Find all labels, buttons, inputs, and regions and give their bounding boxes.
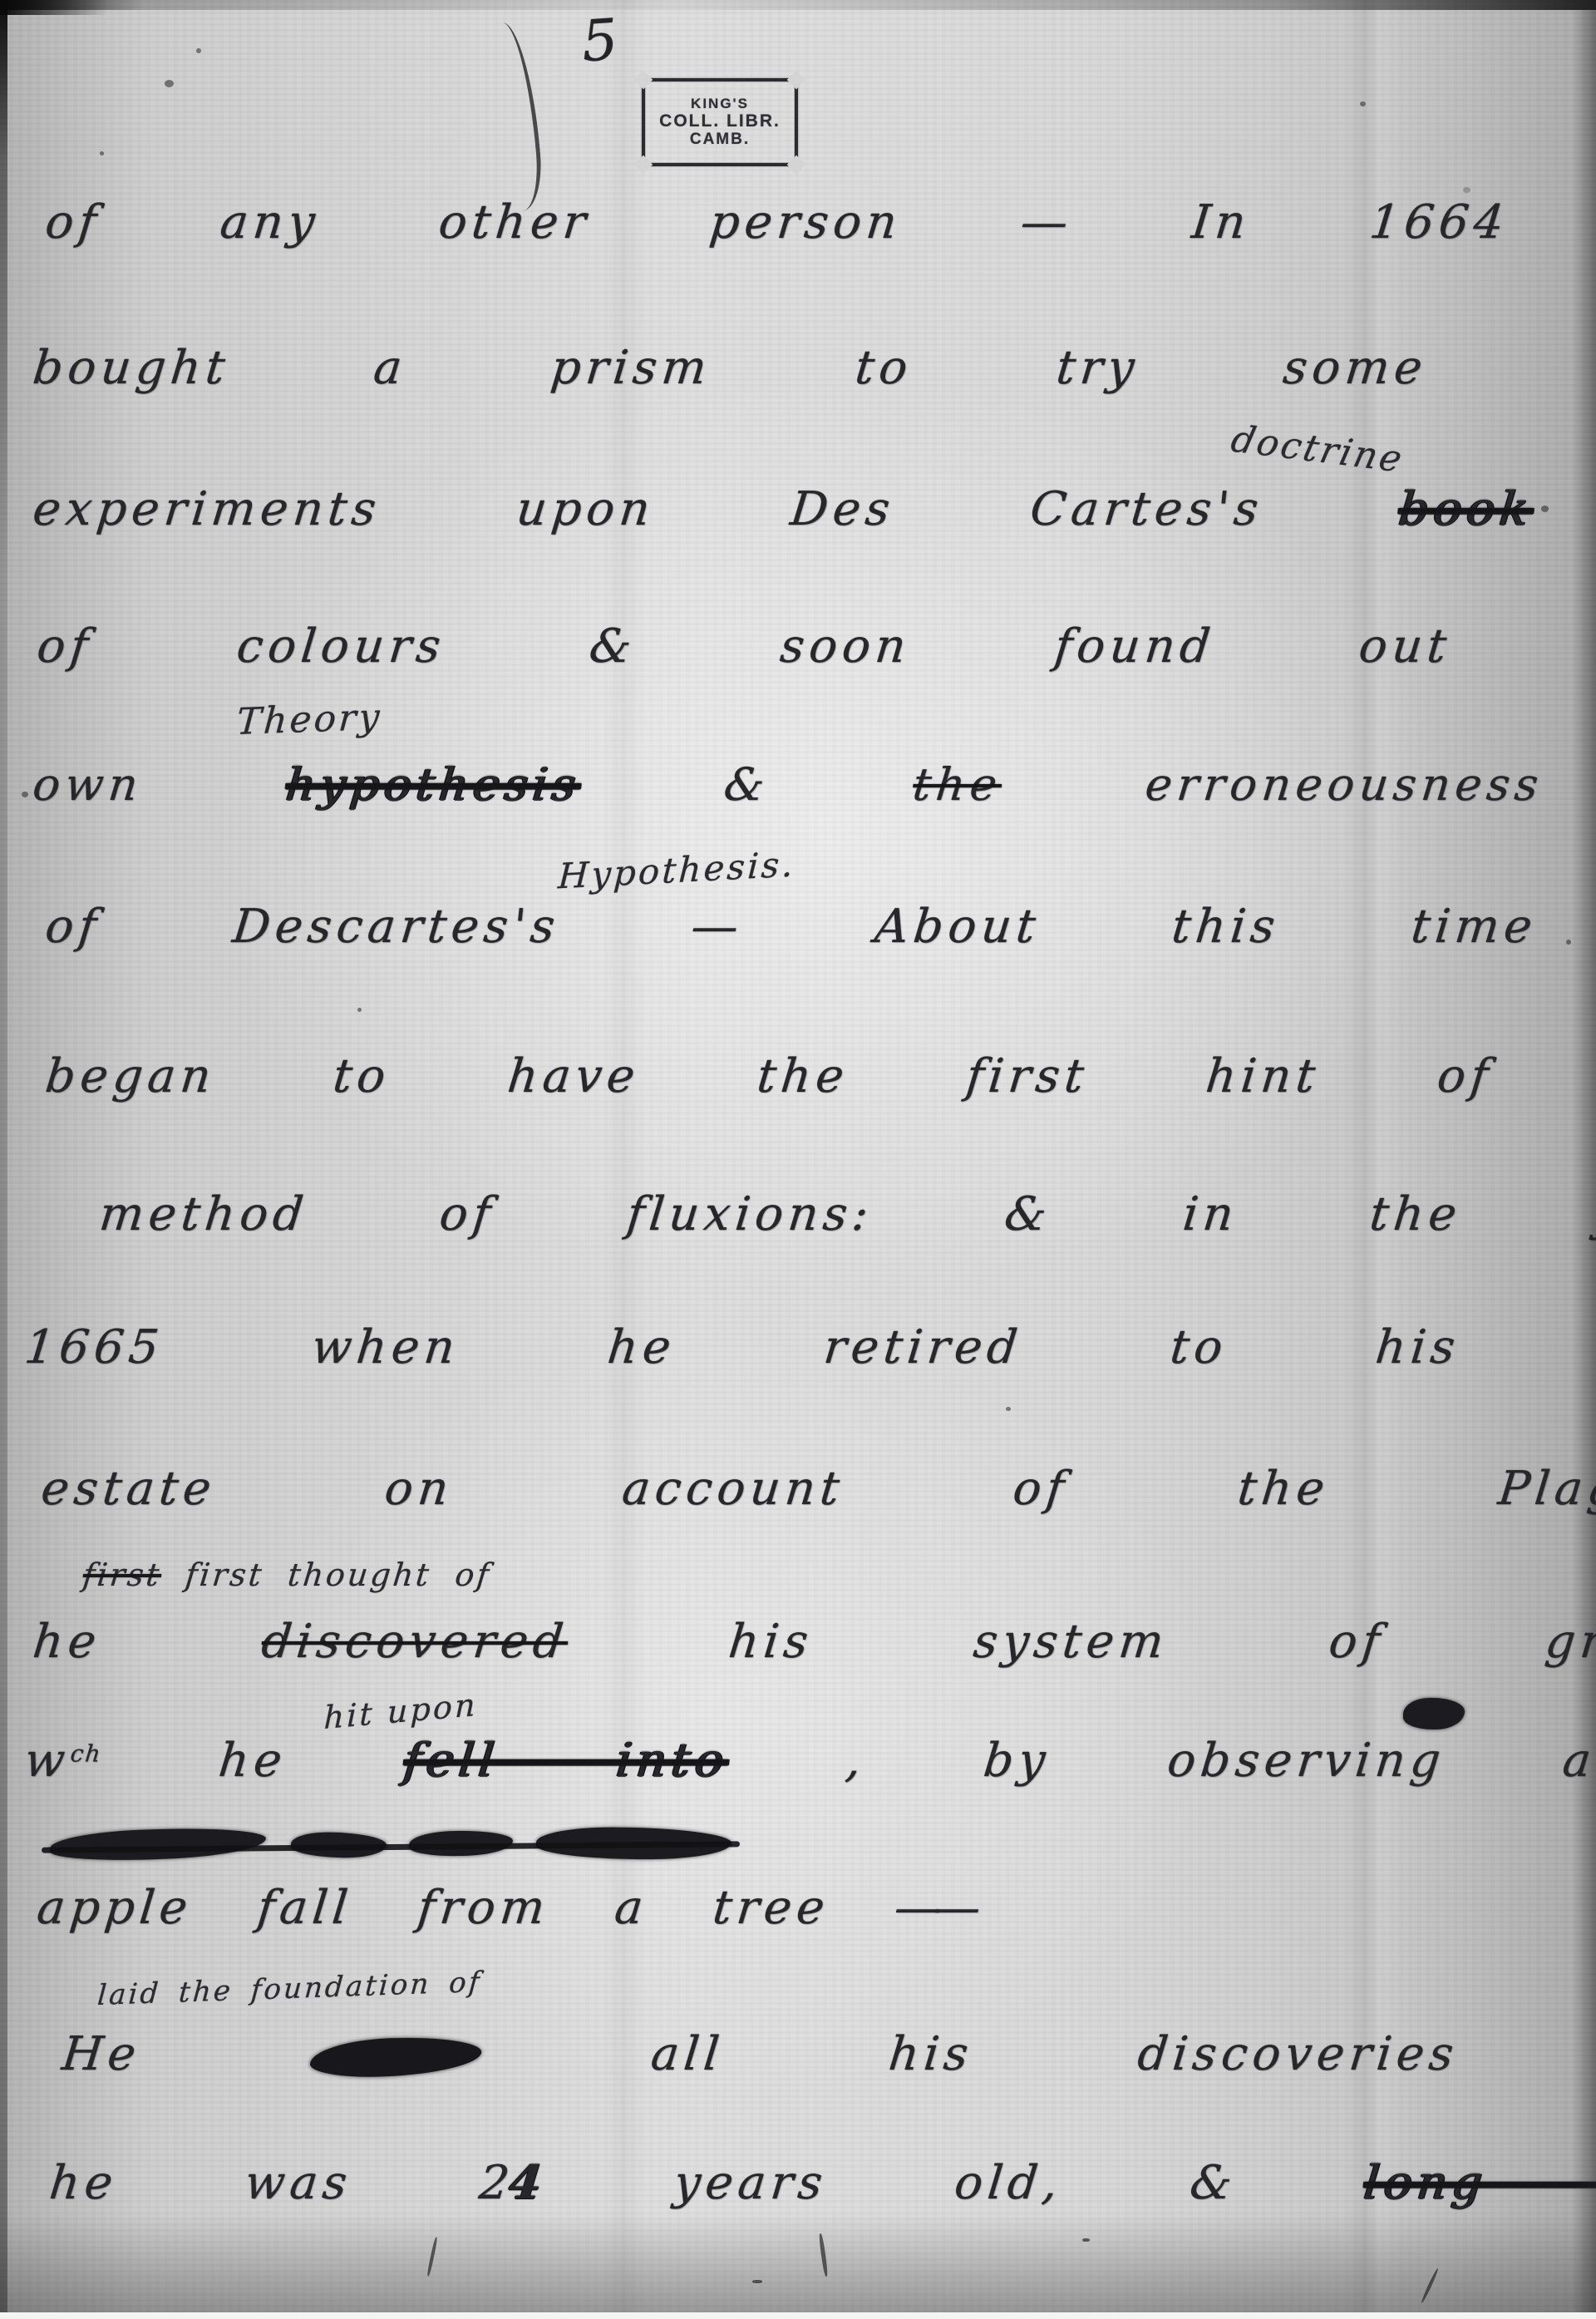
scan-scratch — [1420, 2267, 1439, 2303]
struck-text: fell into — [401, 1734, 731, 1788]
overwritten-numeral: 4 — [506, 2155, 549, 2210]
handwritten-text: own — [31, 758, 289, 811]
illegible-scribble — [1403, 1698, 1465, 1729]
manuscript-line-12: wch he fell into , by observing an — [22, 1734, 1596, 1788]
manuscript-line-6: of Descartes's — About this time he — [43, 900, 1596, 954]
ink-speck — [1006, 1407, 1011, 1411]
handwritten-text: erroneousness — [999, 758, 1546, 811]
manuscript-line-15: he was 24 years old, & long before — [47, 2155, 1596, 2210]
stamp-text-line: COLL. LIBR. — [659, 112, 781, 131]
illegible-scribble — [308, 2035, 482, 2079]
handwritten-text: all his discoveries before — [483, 2027, 1596, 2081]
scan-edge-shadow — [0, 2213, 1596, 2312]
scan-scratch — [1082, 2238, 1090, 2242]
handwritten-text: began to have the first hint of his — [43, 1049, 1596, 1103]
handwritten-text: estate on account of the Plague — [39, 1462, 1596, 1516]
library-stamp: KING'S COLL. LIBR. CAMB. — [642, 78, 798, 166]
manuscript-line-7: began to have the first hint of his — [43, 1049, 1596, 1103]
interlinear-insertion-hit-upon: hit upon — [323, 1686, 478, 1736]
handwritten-text: he — [31, 1615, 265, 1669]
manuscript-line-9: 1665 when he retired to his own — [22, 1320, 1596, 1374]
struck-text: the — [910, 758, 1004, 811]
manuscript-line-14: He all his discoveries before — [60, 2027, 1596, 2081]
superscript-text: ch — [69, 1740, 103, 1768]
handwritten-text: w — [22, 1734, 73, 1788]
manuscript-page-scan: 5 KING'S COLL. LIBR. CAMB. of any other … — [0, 0, 1596, 2319]
stamp-text-line: KING'S — [691, 96, 749, 111]
struck-text: first — [81, 1557, 164, 1593]
ink-speck — [357, 1008, 362, 1012]
struck-text: hypothesis — [283, 758, 583, 811]
ink-flourish-stroke — [484, 20, 545, 213]
stamp-corner-notch — [634, 71, 653, 90]
handwritten-text: first thought of — [184, 1557, 493, 1593]
scan-scratch — [752, 2280, 762, 2283]
illegible-scribble — [49, 1825, 266, 1863]
ink-speck — [100, 151, 104, 155]
interlinear-insertion-hypothesis: Hypothesis. — [557, 844, 796, 897]
stamp-corner-notch — [787, 71, 806, 90]
handwritten-text: method of fluxions: & in the year — [97, 1187, 1596, 1241]
scan-edge-shadow — [0, 0, 7, 2319]
struck-text: discovered — [259, 1615, 571, 1669]
ink-speck — [165, 80, 174, 87]
handwritten-text: of Descartes's — About this time he — [43, 900, 1596, 954]
scan-scratch — [818, 2233, 828, 2277]
handwritten-text: of colours & soon found out his — [35, 619, 1596, 673]
stamp-corner-notch — [787, 155, 806, 175]
manuscript-line-11: he discovered his system of gravity — [31, 1615, 1596, 1669]
manuscript-line-4: of colours & soon found out his — [35, 619, 1596, 673]
scan-edge-shadow — [0, 0, 1596, 10]
manuscript-line-5: own hypothesis & the erroneousness — [31, 758, 1546, 811]
handwritten-text: bought a prism to try some — [31, 341, 1430, 395]
handwritten-text: & — [578, 758, 916, 811]
struck-text: book — [1396, 482, 1536, 536]
interlinear-insertion-laid-foundation: laid the foundation of — [96, 1966, 483, 2012]
struck-text: long before — [1362, 2156, 1596, 2210]
handwritten-text: , by observing an — [726, 1734, 1596, 1788]
handwritten-text: 1665 when he retired to his own — [22, 1320, 1596, 1374]
ink-speck — [1463, 187, 1470, 193]
manuscript-line-2: bought a prism to try some — [31, 341, 1430, 395]
scan-scratch — [426, 2237, 438, 2277]
handwritten-dash: —— — [892, 1881, 976, 1935]
handwritten-text: he — [98, 1734, 407, 1788]
scan-edge-strip — [0, 2312, 1596, 2319]
stamp-text-line: CAMB. — [690, 131, 750, 148]
handwritten-text: his system of gravity — [565, 1615, 1596, 1669]
handwritten-text: apple fall from a tree — [35, 1881, 898, 1935]
manuscript-line-8: method of fluxions: & in the year — [97, 1187, 1596, 1241]
handwritten-text: he was 2 — [47, 2156, 517, 2210]
handwritten-text: He — [60, 2027, 309, 2081]
manuscript-line-10: estate on account of the Plague — [39, 1462, 1596, 1516]
ink-speck — [1541, 506, 1549, 512]
handwritten-text: years old, & — [544, 2156, 1367, 2210]
interlinear-insertion-doctrine: doctrine — [1227, 417, 1408, 481]
ink-speck — [1360, 101, 1366, 106]
page-number: 5 — [579, 7, 620, 76]
interlinear-insertion-theory: Theory — [235, 696, 383, 743]
manuscript-line-13: apple fall from a tree —— — [35, 1881, 976, 1935]
ink-speck — [196, 48, 201, 53]
scan-corner-shadow — [0, 0, 108, 15]
handwritten-text: experiments upon Des Cartes's — [31, 482, 1402, 536]
manuscript-line-1: of any other person — In 1664 he — [43, 195, 1596, 249]
ink-speck — [22, 792, 28, 797]
ink-speck — [1566, 940, 1571, 945]
stamp-corner-notch — [634, 155, 653, 175]
interlinear-insertion-first-thought: first first thought of — [81, 1557, 493, 1593]
handwritten-text: of any other person — In 1664 he — [43, 195, 1596, 249]
scan-edge-shadow — [1573, 0, 1596, 2319]
manuscript-line-3: experiments upon Des Cartes's book — [31, 482, 1536, 536]
